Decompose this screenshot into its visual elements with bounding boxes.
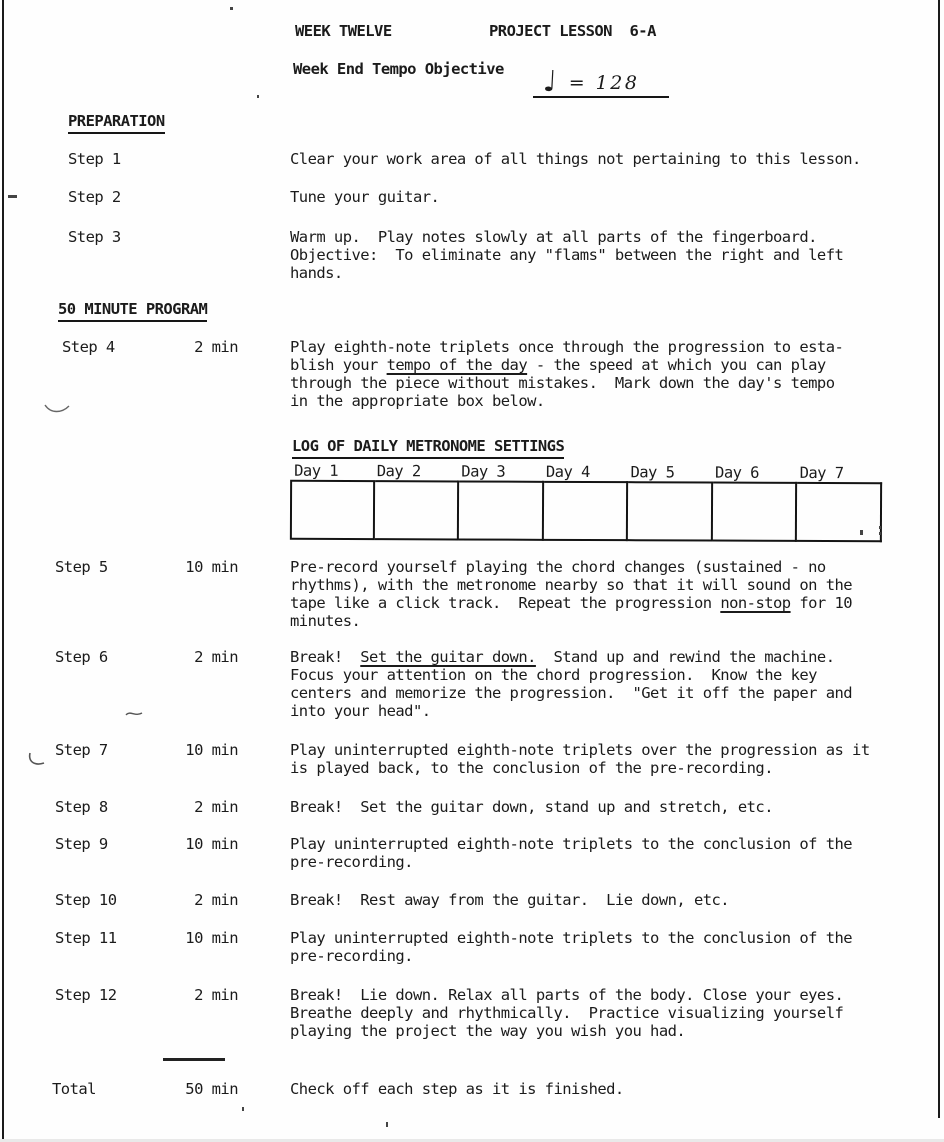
step-description: Break! Set the guitar down. Stand up and… <box>290 648 898 720</box>
tempo-objective-label: Week End Tempo Objective <box>293 60 504 78</box>
step-description: Play eighth-note triplets once through t… <box>290 338 898 410</box>
scan-artifact <box>26 750 50 770</box>
day-header: Day 7 <box>800 464 844 482</box>
day-header: Day 6 <box>715 464 759 482</box>
scan-artifact <box>8 195 17 198</box>
step-description: Break! Set the guitar down, stand up and… <box>290 798 898 816</box>
total-sum-line <box>163 1058 225 1061</box>
step-description: Play uninterrupted eighth-note triplets … <box>290 929 898 965</box>
step-description: Break! Lie down. Relax all parts of the … <box>290 986 898 1040</box>
day-header: Day 2 <box>377 462 421 480</box>
step-description: Clear your work area of all things not p… <box>290 150 898 168</box>
step-time: 10 min <box>158 835 238 853</box>
step-description: Play uninterrupted eighth-note triplets … <box>290 835 898 871</box>
day-box: Day 5 <box>628 481 713 541</box>
day-header: Day 1 <box>294 462 338 480</box>
step-label: Step 7 <box>55 741 108 759</box>
day-box: Day 4 <box>544 481 629 541</box>
section-heading-program: 50 MINUTE PROGRAM <box>58 300 207 322</box>
step-time: 2 min <box>158 648 238 666</box>
page-title-lesson: PROJECT LESSON 6-A <box>489 22 656 40</box>
step-label: Step 12 <box>55 986 116 1004</box>
scan-artifact <box>257 95 259 98</box>
day-header: Day 5 <box>630 463 674 481</box>
tempo-objective-value: = 128 <box>569 72 640 94</box>
day-header: Day 3 <box>461 462 505 480</box>
step-description: Pre-record yourself playing the chord ch… <box>290 558 898 630</box>
day-header: Day 4 <box>546 463 590 481</box>
step-label: Step 4 <box>62 338 115 356</box>
scan-artifact <box>230 7 233 10</box>
total-time: 50 min <box>158 1080 238 1098</box>
step-label: Step 3 <box>68 228 121 246</box>
day-box: Day 1 <box>290 480 375 540</box>
step-time: 10 min <box>158 741 238 759</box>
day-box: Day 2 <box>374 480 459 540</box>
total-label: Total <box>52 1080 96 1098</box>
scan-artifact <box>879 532 881 535</box>
step-label: Step 1 <box>68 150 121 168</box>
metronome-log-table: Day 1 Day 2 Day 3 Day 4 Day 5 Day 6 Day … <box>290 480 882 543</box>
step-description: Play uninterrupted eighth-note triplets … <box>290 741 898 777</box>
step-time: 2 min <box>158 338 238 356</box>
scan-artifact <box>242 1107 244 1111</box>
day-box: Day 3 <box>459 480 544 540</box>
step-time: 10 min <box>158 558 238 576</box>
scan-artifact <box>879 526 881 529</box>
step-time: 2 min <box>158 986 238 1004</box>
step-time: 10 min <box>158 929 238 947</box>
total-description: Check off each step as it is finished. <box>290 1080 898 1098</box>
step-label: Step 9 <box>55 835 108 853</box>
scan-artifact <box>860 530 863 535</box>
page-title-week: WEEK TWELVE <box>295 22 392 40</box>
step-label: Step 6 <box>55 648 108 666</box>
step-label: Step 2 <box>68 188 121 206</box>
step-description: Tune your guitar. <box>290 188 898 206</box>
scan-artifact <box>386 1122 388 1127</box>
page-edge-right <box>938 0 940 1118</box>
step-label: Step 8 <box>55 798 108 816</box>
log-heading: LOG OF DAILY METRONOME SETTINGS <box>292 437 564 459</box>
day-box: Day 7 <box>797 482 882 542</box>
step-label: Step 11 <box>55 929 116 947</box>
section-heading-preparation: PREPARATION <box>68 112 165 134</box>
step-description: Break! Rest away from the guitar. Lie do… <box>290 891 898 909</box>
day-box: Day 6 <box>713 482 798 542</box>
page-edge-left <box>2 0 4 1142</box>
scan-artifact <box>124 708 146 722</box>
document-page: WEEK TWELVE PROJECT LESSON 6-A Week End … <box>0 0 944 1142</box>
step-time: 2 min <box>158 798 238 816</box>
tempo-objective-blank: ♩= 128 <box>533 60 669 98</box>
step-time: 2 min <box>158 891 238 909</box>
quarter-note-icon: ♩ <box>542 68 557 95</box>
step-description: Warm up. Play notes slowly at all parts … <box>290 228 898 282</box>
step-label: Step 10 <box>55 891 116 909</box>
scan-artifact <box>42 398 72 418</box>
step-label: Step 5 <box>55 558 108 576</box>
